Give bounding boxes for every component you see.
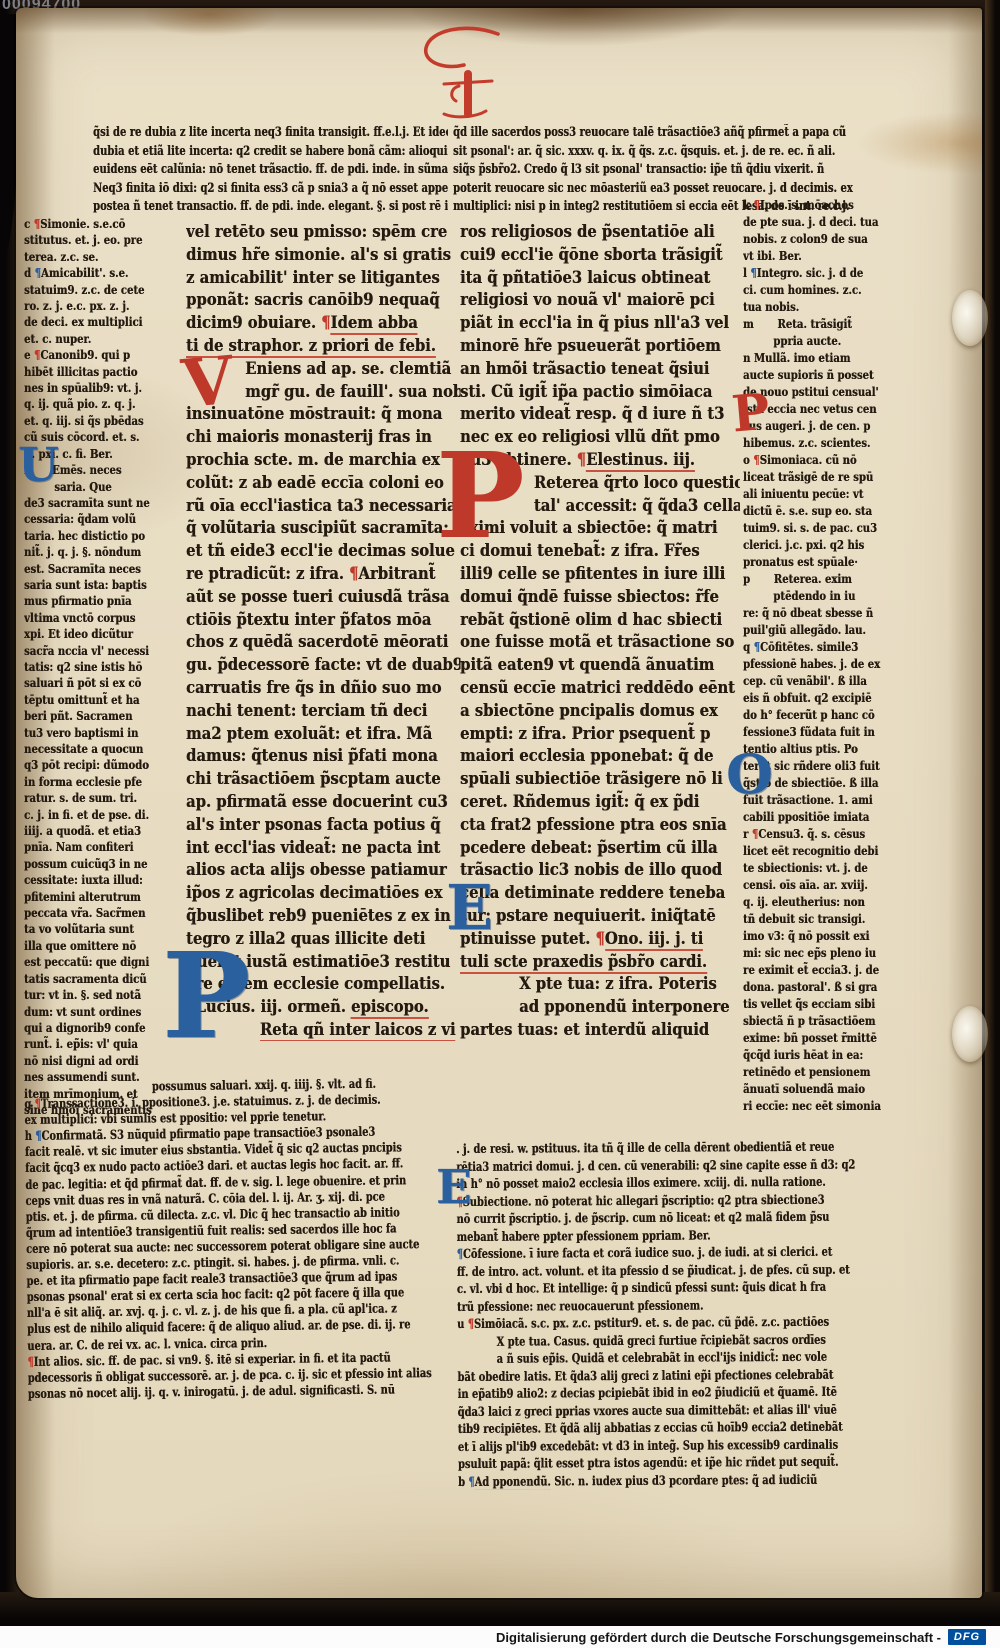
bottom-gloss-right-column: . j. de resi. w. pstituus. ita tñ q̃ ill… — [456, 1137, 922, 1490]
main-text-right-column: ros religiosos de p̃sentatiōe alicui9 ec… — [460, 220, 740, 1041]
page-tab-lower — [952, 1006, 988, 1062]
parchment-page: q̃si de re dubia z lite incerta neq3 fin… — [16, 8, 982, 1598]
book-scan: 00094700 q̃si de re dubia z lite incerta… — [0, 0, 1000, 1648]
digitization-credit-bar: Digitalisierung gefördert durch die Deut… — [0, 1626, 1000, 1648]
initial-uemens-u: U — [18, 446, 59, 486]
rubric-ornament-icon — [414, 24, 510, 124]
initial-margin-preta-p: P — [730, 390, 771, 436]
initial-casus-e: E — [436, 1168, 472, 1208]
top-gloss-left-column: q̃si de re dubia z lite incerta neq3 fin… — [93, 124, 448, 217]
initial-ex-parte-e: E — [446, 882, 493, 935]
initial-veniens-v: V — [180, 352, 236, 412]
book-fore-edge — [985, 0, 1000, 1628]
credit-text: Digitalisierung gefördert durch die Deut… — [496, 1630, 941, 1645]
initial-margin-o: O — [726, 752, 773, 798]
page-tab-upper — [952, 290, 988, 346]
right-margin-gloss-column: k ¶Ipos. s. mōachosde pte sua. j. d deci… — [743, 196, 907, 1114]
initial-preta-p: P — [162, 946, 251, 1046]
dfg-logo: DFG — [948, 1629, 986, 1645]
initial-preterea-p: P — [436, 446, 525, 546]
bottom-gloss-left-column: possumus saluari. xxij. q. iiij. §. vlt.… — [24, 1075, 476, 1402]
